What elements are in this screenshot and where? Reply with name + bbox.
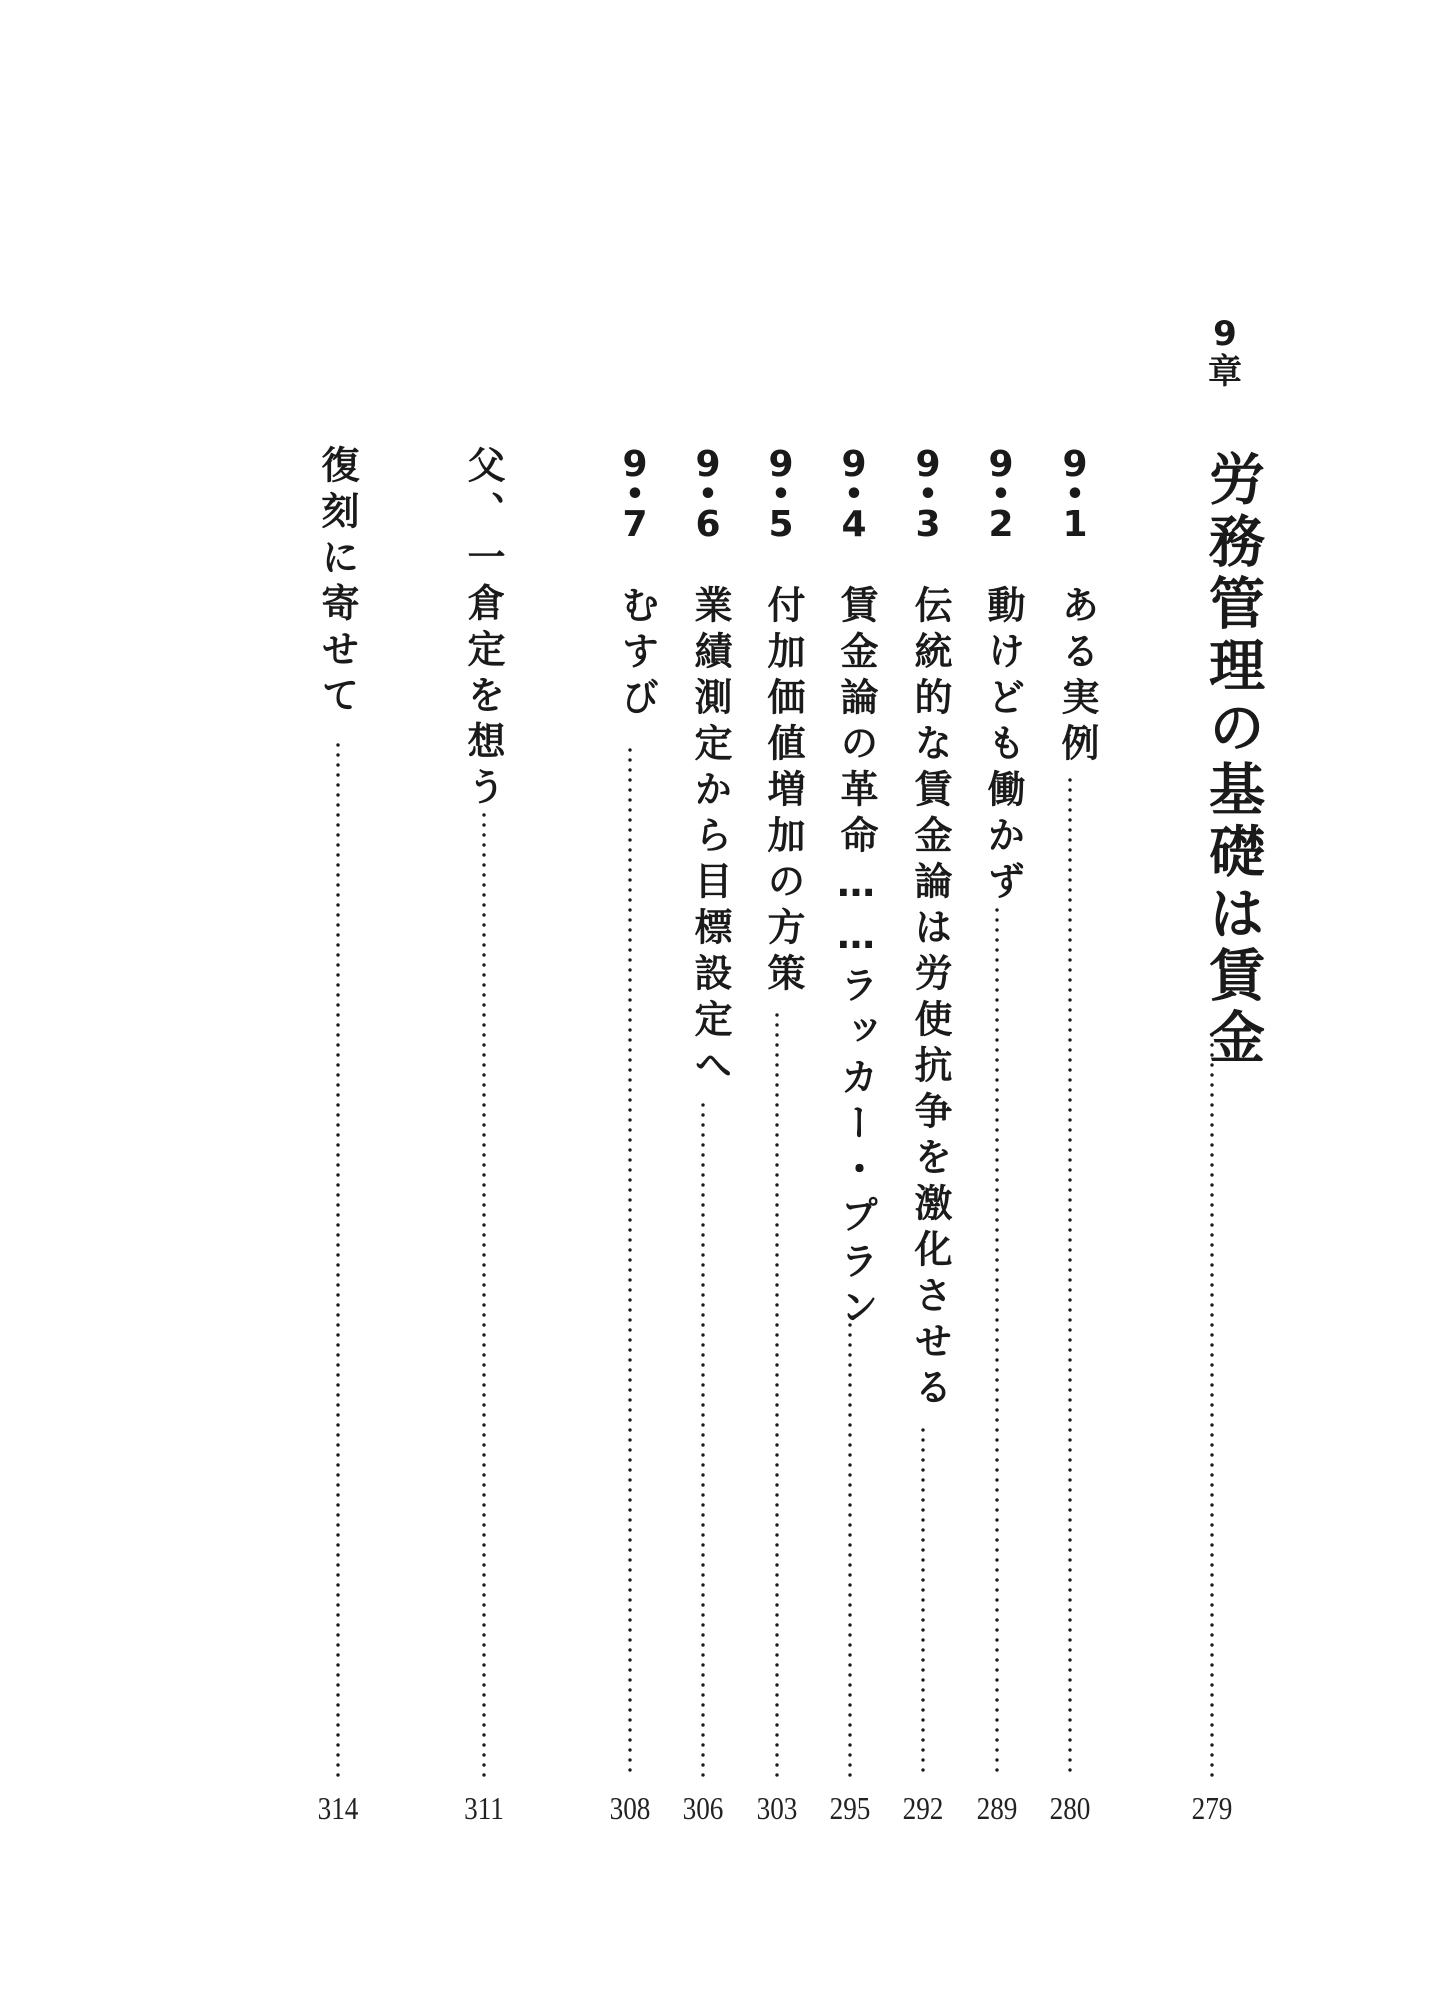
chapter-number: 9 — [1213, 315, 1237, 353]
leader-dots — [995, 905, 999, 1778]
leader-dots — [701, 1100, 705, 1778]
chapter-title[interactable]: 労務管理の基礎は賃金 — [1192, 450, 1272, 1070]
section-number: 9 • 2 — [971, 448, 1031, 542]
afterword-title[interactable]: 父、一倉定を想う — [456, 445, 511, 813]
page-number: 306 — [669, 1790, 737, 1827]
section-number: 9 • 5 — [751, 448, 811, 542]
page-number: 308 — [596, 1790, 664, 1827]
page-number: 292 — [889, 1790, 957, 1827]
leader-dots — [1068, 775, 1072, 1778]
page-number: 311 — [450, 1790, 518, 1827]
page-number: 303 — [743, 1790, 811, 1827]
section-number: 9 • 6 — [678, 448, 738, 542]
reprint-note-title[interactable]: 復刻に寄せて — [310, 445, 365, 721]
section-title[interactable]: 動けども働かず — [976, 585, 1031, 907]
section-number: 9 • 4 — [824, 448, 884, 542]
leader-dots — [775, 1010, 779, 1778]
section-title[interactable]: むすび — [610, 585, 665, 723]
page-number: 289 — [963, 1790, 1031, 1827]
section-title[interactable]: ある実例 — [1050, 585, 1105, 769]
page-number: 314 — [304, 1790, 372, 1827]
toc-page: 9 章 労務管理の基礎は賃金 279 9 • 1 ある実例 280 9 • 2 … — [0, 0, 1450, 2000]
chapter-kanji: 章 — [1208, 353, 1242, 391]
leader-dots — [336, 740, 340, 1778]
section-number: 9 • 3 — [898, 448, 958, 542]
leader-dots — [848, 1320, 852, 1778]
leader-dots — [628, 745, 632, 1778]
section-title[interactable]: 伝統的な賃金論は労使抗争を激化させる — [903, 585, 958, 1413]
leader-dots — [482, 810, 486, 1778]
page-number: 280 — [1036, 1790, 1104, 1827]
chapter-label: 9 章 — [1180, 315, 1270, 391]
section-title[interactable]: 賃金論の革命……ラッカー・プラン — [829, 585, 884, 1333]
section-number: 9 • 1 — [1045, 448, 1105, 542]
page-number: 279 — [1178, 1790, 1246, 1827]
section-number: 9 • 7 — [605, 448, 665, 542]
section-title[interactable]: 付加価値増加の方策 — [756, 585, 811, 999]
page-number: 295 — [816, 1790, 884, 1827]
leader-dots — [921, 1425, 925, 1778]
section-title[interactable]: 業績測定から目標設定へ — [683, 585, 738, 1091]
leader-dots — [1210, 1030, 1214, 1778]
